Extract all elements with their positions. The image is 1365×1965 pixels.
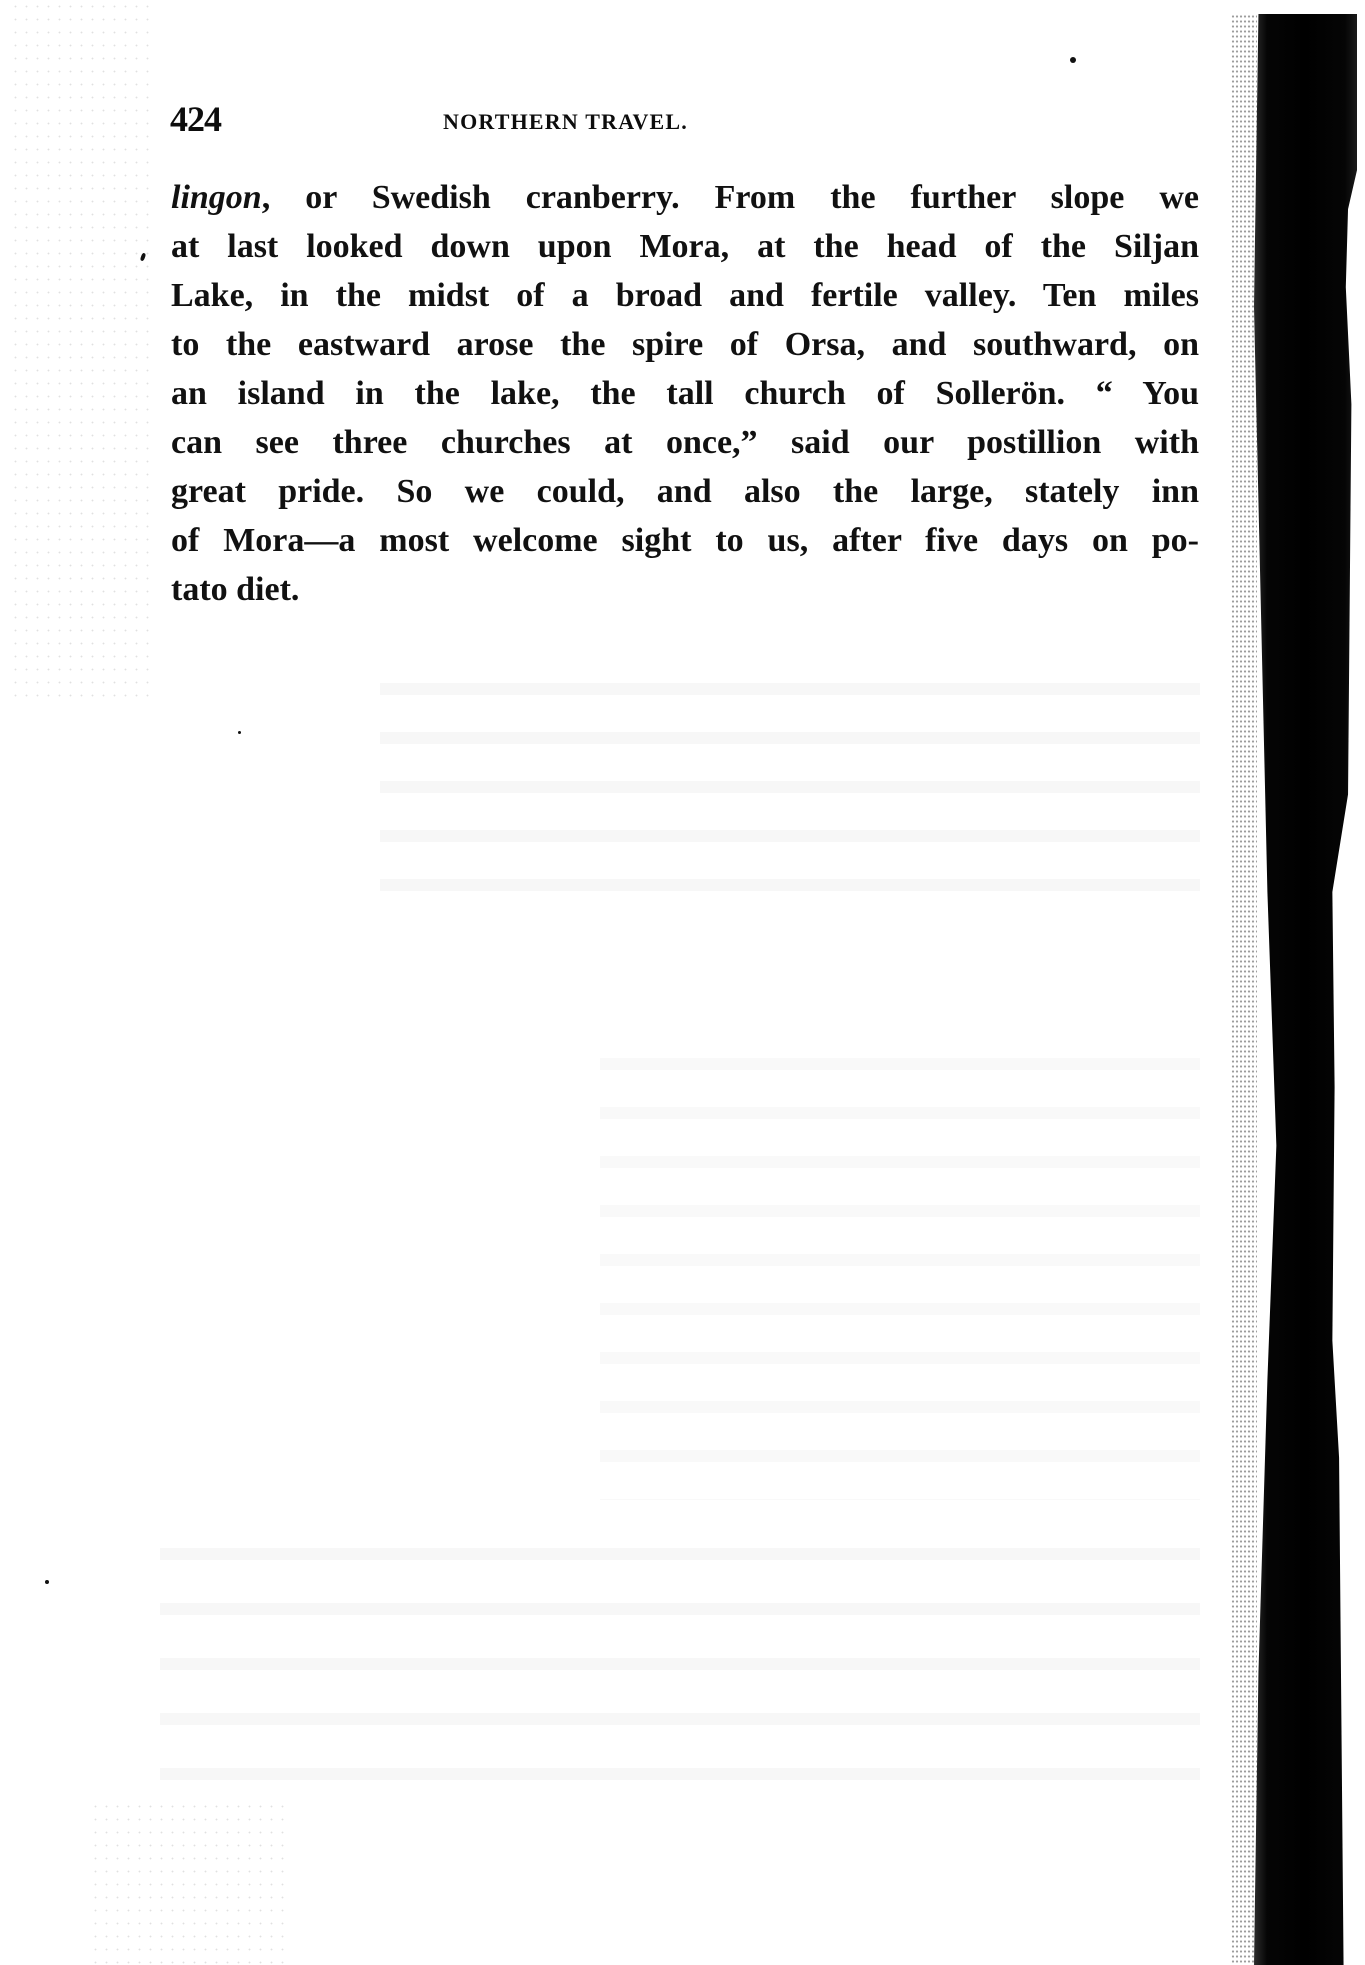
body-paragraph: lingon, or Swedish cranberry. From the f… (171, 173, 1199, 614)
scan-speckle-bottom-left (90, 1800, 290, 1965)
text-line-8: of Mora—a most welcome sight to us, afte… (171, 516, 1199, 565)
text-line-1: lingon, or Swedish cranberry. From the f… (171, 173, 1199, 222)
ink-dot-top-right (1070, 57, 1076, 63)
text-line-1-rest: , or Swedish cranberry. From the further… (262, 179, 1199, 216)
book-page: 424 NORTHERN TRAVEL. lingon, or Swedish … (0, 0, 1365, 1965)
running-head: 424 NORTHERN TRAVEL. (170, 100, 1200, 140)
text-line-7: great pride. So we could, and also the l… (171, 467, 1199, 516)
bleed-through-text-lower (160, 1530, 1200, 1810)
italic-word-lingon: lingon (171, 179, 262, 216)
text-line-6: can see three churches at once,” said ou… (171, 418, 1199, 467)
text-line-5: an island in the lake, the tall church o… (171, 369, 1199, 418)
binding-shadow-edge (1231, 14, 1257, 1965)
binding-shadow-strip (1245, 14, 1357, 1965)
scan-speckle-left-margin (10, 0, 150, 700)
text-line-2: at last looked down upon Mora, at the he… (171, 222, 1199, 271)
text-line-4: to the eastward arose the spire of Orsa,… (171, 320, 1199, 369)
bleed-through-text-middle (600, 1040, 1200, 1500)
bleed-through-text-upper (380, 665, 1200, 925)
text-line-9: tato diet. (171, 565, 1199, 614)
page-number: 424 (170, 100, 221, 138)
running-title: NORTHERN TRAVEL. (443, 109, 688, 135)
ink-dot-bottom-left (45, 1580, 49, 1584)
ink-dot-left-margin (238, 731, 241, 734)
text-line-3: Lake, in the midst of a broad and fertil… (171, 271, 1199, 320)
